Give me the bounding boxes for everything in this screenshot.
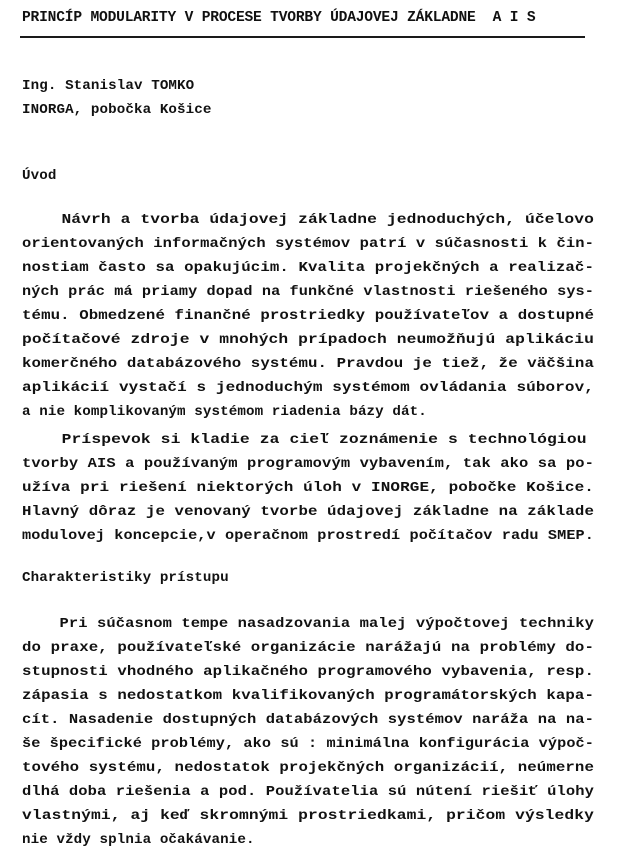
paragraph-line: cít. Nasadenie dostupných databázových s… <box>22 712 594 728</box>
title-underline <box>20 36 585 38</box>
paragraph-line: komerčného databázového systému. Pravdou… <box>22 356 594 372</box>
paragraph-line: Pri súčasnom tempe nasadzovania malej vý… <box>22 616 594 632</box>
paragraph-line: orientovaných informačných systémov patr… <box>22 236 594 252</box>
paragraph-line: Návrh a tvorba údajovej základne jednodu… <box>22 212 594 228</box>
paragraph-line: še špecifické problémy, ako sú : minimál… <box>22 736 594 752</box>
paragraph-line: nie vždy splnia očakávanie. <box>22 832 255 848</box>
paragraph-line: tému. Obmedzené finančné prostriedky pou… <box>22 308 594 324</box>
paragraph-line: a nie komplikovaným systémom riadenia bá… <box>22 404 427 420</box>
paragraph-line: nostiam často sa opakujúcim. Kvalita pro… <box>22 260 594 276</box>
paragraph-line: užíva pri riešení niektorých úloh v INOR… <box>22 480 594 496</box>
document-page: PRINCÍP MODULARITY V PROCESE TVORBY ÚDAJ… <box>0 0 631 852</box>
paragraph-line: tového systému, nedostatok projekčných o… <box>22 760 594 776</box>
paragraph-line: aplikácií vystačí s jednoduchým systémom… <box>22 380 594 396</box>
author-name: Ing. Stanislav TOMKO <box>22 78 194 94</box>
paragraph-line: ných prác má priamy dopad na funkčné vla… <box>22 284 594 300</box>
paragraph-line: tvorby AIS a používaným programovým vyba… <box>22 456 594 472</box>
paragraph-line: vlastnými, aj keď skromnými prostriedkam… <box>22 808 594 824</box>
paragraph-line: do praxe, používateľské organizácie nará… <box>22 640 594 656</box>
paragraph-line: počítačové zdroje v mnohých prípadoch ne… <box>22 332 594 348</box>
paragraph-line: modulovej koncepcie,v operačnom prostred… <box>22 528 594 544</box>
author-affiliation: INORGA, pobočka Košice <box>22 102 212 118</box>
paragraph-line: Príspevok si kladie za cieľ zoznámenie s… <box>22 432 587 448</box>
paragraph-line: Hlavný dôraz je venovaný tvorbe údajovej… <box>22 504 594 520</box>
section-heading: Charakteristiky prístupu <box>22 570 229 586</box>
paragraph-line: zápasia s nedostatkom kvalifikovaných pr… <box>22 688 594 704</box>
document-title: PRINCÍP MODULARITY V PROCESE TVORBY ÚDAJ… <box>22 10 535 26</box>
paragraph-line: stupnosti vhodného aplikačného programov… <box>22 664 594 680</box>
paragraph-line: dlhá doba riešenia a pod. Používatelia s… <box>22 784 594 800</box>
section-heading: Úvod <box>22 168 56 184</box>
